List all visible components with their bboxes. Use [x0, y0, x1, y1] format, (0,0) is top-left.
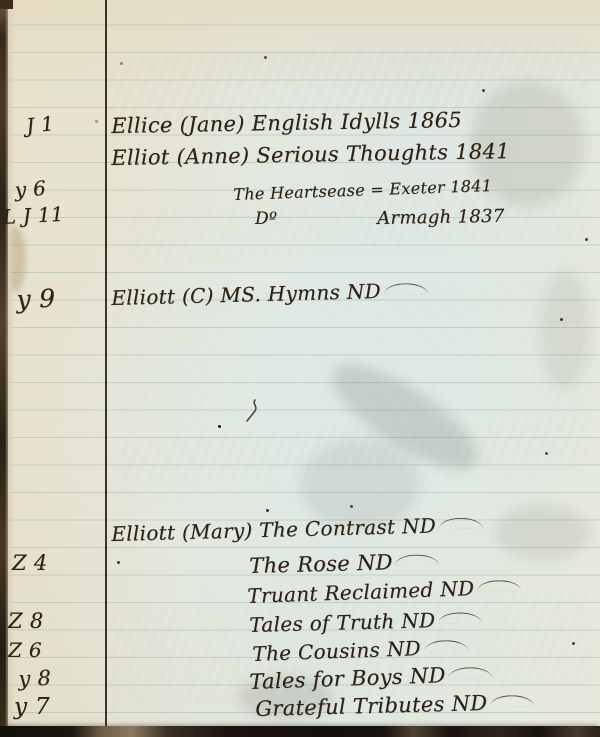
catalogue-entry: Elliot (Anne) Serious Thoughts 1841 — [111, 140, 510, 170]
smudge-stain — [540, 270, 590, 390]
shelfmark: Z 8 — [8, 610, 44, 633]
catalogue-entry: The Rose ND — [249, 550, 440, 578]
shelfmark: Z 4 — [12, 552, 48, 575]
shelfmark: y 6 — [14, 177, 47, 201]
binding-edge — [0, 0, 8, 737]
ditto-mark: Dº — [255, 210, 277, 229]
catalogue-entry: Elliott (Mary) The Contrast ND — [111, 513, 483, 545]
shelfmark: y 9 — [16, 285, 56, 314]
ledger-page: J 1 y 6 L J 11 y 9 Z 4 Z 8 Z 6 y 8 y 7 E… — [0, 0, 600, 737]
bottom-page-edge — [0, 726, 600, 737]
catalogue-entry: Armagh 1837 — [377, 207, 505, 229]
smudge-stain — [495, 505, 590, 560]
catalogue-entry: Grateful Tributes ND — [255, 691, 535, 721]
shelfmark: y 7 — [14, 695, 50, 720]
corner-mark — [0, 0, 13, 9]
shelfmark: L J 11 — [2, 203, 64, 228]
shelfmark: y 8 — [18, 667, 52, 691]
margin-rule-line — [105, 0, 107, 726]
catalogue-entry: Ellice (Jane) English Idylls 1865 — [111, 109, 462, 138]
shelfmark: Z 6 — [8, 639, 42, 661]
shelfmark: J 1 — [25, 112, 55, 137]
stray-pen-mark — [243, 398, 261, 424]
